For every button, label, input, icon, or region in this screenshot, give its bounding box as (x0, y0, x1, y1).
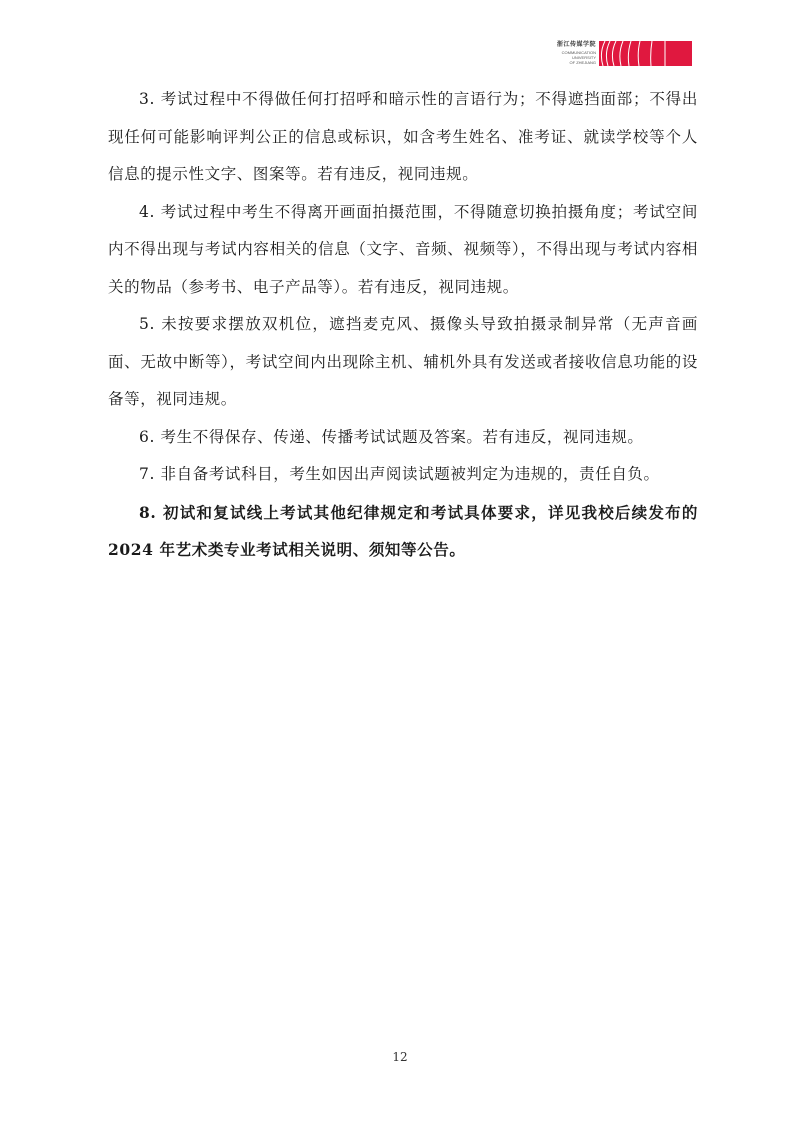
rule-paragraph-6: 6. 考生不得保存、传递、传播考试试题及答案。若有违反，视同违规。 (108, 419, 698, 457)
logo-emblem-icon (599, 41, 692, 66)
rule-paragraph-5: 5. 未按要求摆放双机位，遮挡麦克风、摄像头导致拍摄录制异常（无声音画面、无故中… (108, 306, 698, 419)
logo-name-chinese: 浙江传媒学院 (557, 42, 596, 48)
rule-paragraph-8: 8. 初试和复试线上考试其他纪律规定和考试具体要求，详见我校后续发布的 2024… (108, 494, 698, 569)
page-number: 12 (0, 1050, 800, 1064)
university-logo: 浙江传媒学院 COMMUNICATION UNIVERSITY OF ZHEJI… (544, 38, 692, 68)
rule-paragraph-4: 4. 考试过程中考生不得离开画面拍摄范围，不得随意切换拍摄角度；考试空间内不得出… (108, 194, 698, 307)
document-body: 3. 考试过程中不得做任何打招呼和暗示性的言语行为；不得遮挡面部；不得出现任何可… (108, 81, 698, 569)
rule-paragraph-7: 7. 非自备考试科目，考生如因出声阅读试题被判定为违规的，责任自负。 (108, 456, 698, 494)
logo-name-english: COMMUNICATION UNIVERSITY OF ZHEJIANG (562, 50, 596, 65)
logo-text-block: 浙江传媒学院 COMMUNICATION UNIVERSITY OF ZHEJI… (544, 42, 596, 65)
rule-paragraph-3: 3. 考试过程中不得做任何打招呼和暗示性的言语行为；不得遮挡面部；不得出现任何可… (108, 81, 698, 194)
